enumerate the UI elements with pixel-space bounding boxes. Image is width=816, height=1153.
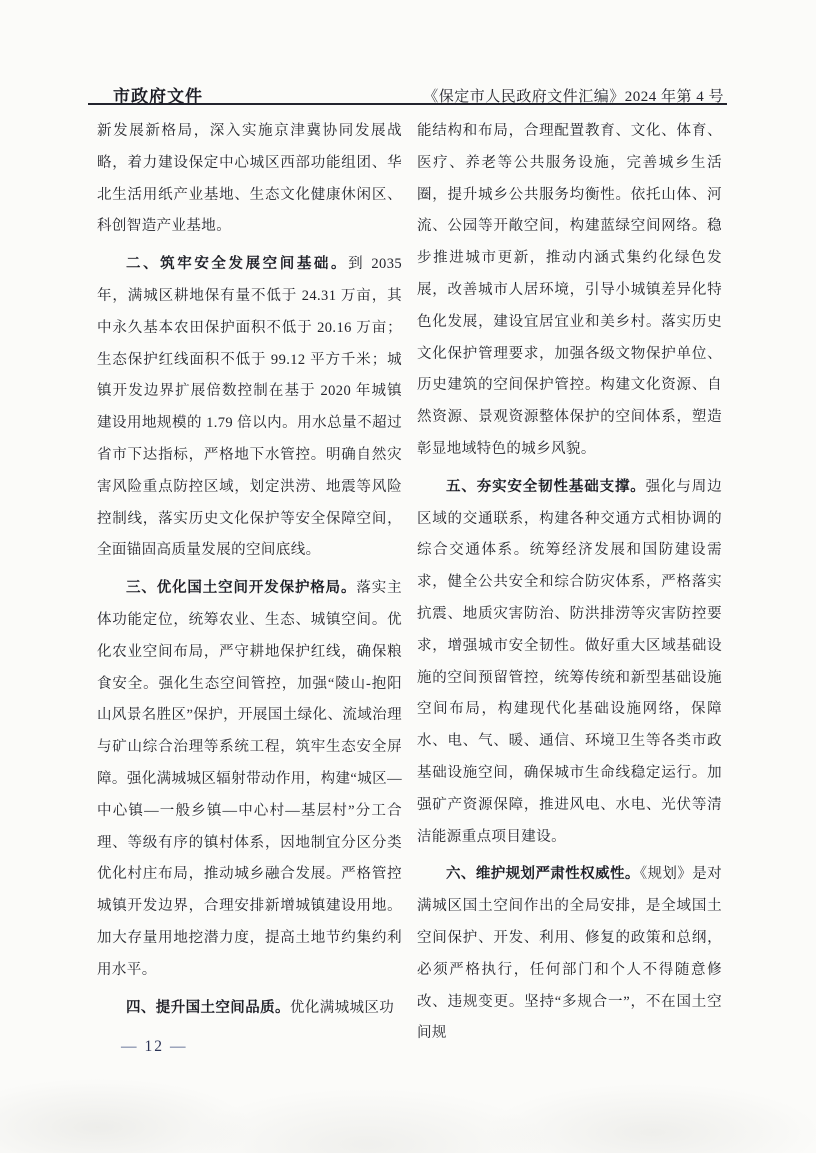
paragraph-continuation: 能结构和布局，合理配置教育、文化、体育、医疗、养老等公共服务设施，完善城乡生活圈… — [417, 116, 722, 466]
page-number-dash-right: — — [170, 1038, 188, 1055]
header-rule — [88, 103, 727, 105]
section-heading: 六、维护规划严肃性权威性。 — [446, 866, 640, 882]
left-column: 新发展新格局，深入实施京津冀协同发展战略，着力建设保定中心城区西部功能组团、华北… — [97, 116, 402, 1050]
paragraph-section-4: 四、提升国土空间品质。优化满城城区功 — [97, 993, 402, 1025]
paragraph-section-6: 六、维护规划严肃性权威性。《规划》是对满城区国土空间作出的全局安排，是全域国土空… — [417, 859, 722, 1050]
document-page: 市政府文件 《保定市人民政府文件汇编》2024 年第 4 号 新发展新格局，深入… — [0, 0, 816, 1153]
page-number: —12— — [121, 1038, 188, 1056]
paragraph-text: 到 2035 年，满城区耕地保有量不低于 24.31 万亩，其中永久基本农田保护… — [97, 256, 402, 558]
section-heading: 二、筑牢安全发展空间基础。 — [126, 256, 348, 272]
paragraph-section-2: 二、筑牢安全发展空间基础。到 2035 年，满城区耕地保有量不低于 24.31 … — [97, 249, 402, 567]
paragraph-section-3: 三、优化国土空间开发保护格局。落实主体功能定位，统筹农业、生态、城镇空间。优化农… — [97, 573, 402, 986]
paragraph-continuation: 新发展新格局，深入实施京津冀协同发展战略，着力建设保定中心城区西部功能组团、华北… — [97, 116, 402, 243]
section-heading: 五、夯实安全韧性基础支撑。 — [446, 479, 646, 495]
paragraph-text: 能结构和布局，合理配置教育、文化、体育、医疗、养老等公共服务设施，完善城乡生活圈… — [417, 123, 722, 457]
section-heading: 三、优化国土空间开发保护格局。 — [126, 580, 356, 596]
two-column-body: 新发展新格局，深入实施京津冀协同发展战略，着力建设保定中心城区西部功能组团、华北… — [97, 116, 723, 1050]
paragraph-text: 《规划》是对满城区国土空间作出的全局安排，是全域国土空间保护、开发、利用、修复的… — [417, 866, 722, 1041]
section-heading: 四、提升国土空间品质。 — [126, 1000, 290, 1016]
paragraph-text: 落实主体功能定位，统筹农业、生态、城镇空间。优化农业空间布局，严守耕地保护红线，… — [97, 580, 402, 978]
paragraph-section-5: 五、夯实安全韧性基础支撑。强化与周边区域的交通联系，构建各种交通方式相协调的综合… — [417, 472, 722, 854]
right-column: 能结构和布局，合理配置教育、文化、体育、医疗、养老等公共服务设施，完善城乡生活圈… — [417, 116, 722, 1050]
page-number-dash-left: — — [121, 1038, 139, 1055]
paragraph-text: 新发展新格局，深入实施京津冀协同发展战略，着力建设保定中心城区西部功能组团、华北… — [97, 123, 402, 234]
page-number-value: 12 — [139, 1038, 171, 1055]
paragraph-text: 强化与周边区域的交通联系，构建各种交通方式相协调的综合交通体系。统筹经济发展和国… — [417, 479, 722, 845]
paragraph-text: 优化满城城区功 — [290, 1000, 394, 1016]
